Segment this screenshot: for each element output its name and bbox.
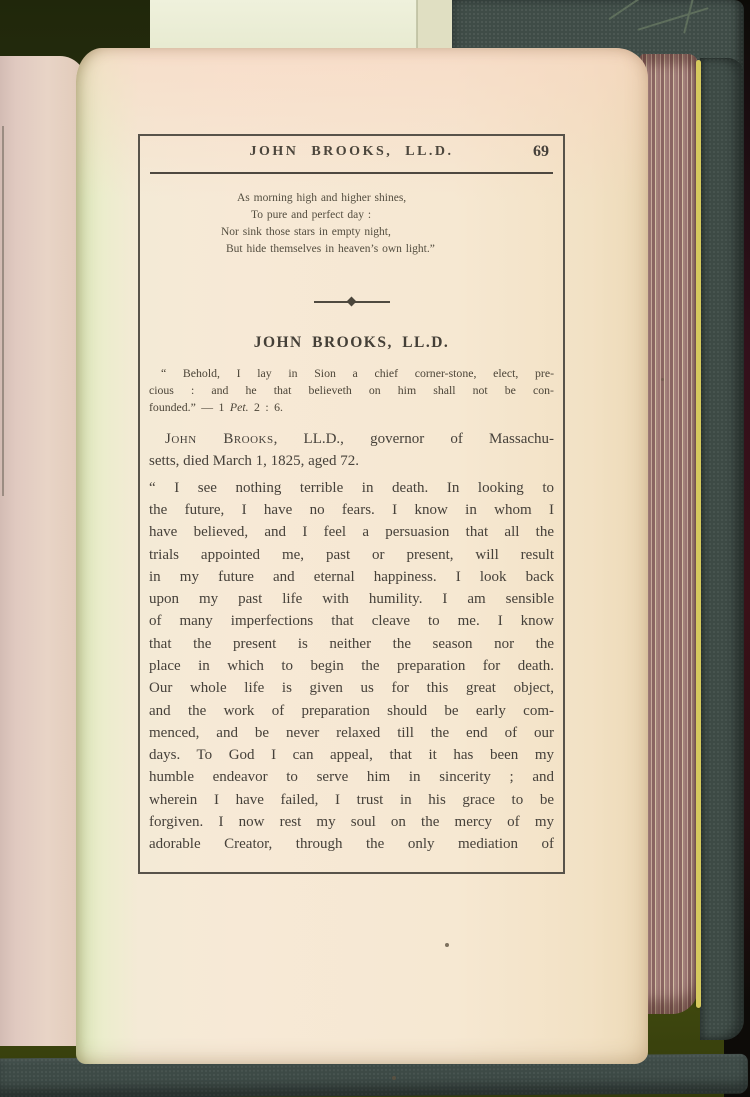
section-title: JOHN BROOKS, LL.D.	[149, 334, 554, 352]
epigraph-line: cious : and he that believeth on him sha…	[149, 382, 554, 399]
body-paragraph: “ I see nothing terrible in death. In lo…	[149, 477, 554, 856]
body-line: of many imperfections that cleave to me.…	[149, 610, 554, 632]
body-line: Our whole life is given us for this grea…	[149, 677, 554, 699]
scripture-reference: Pet.	[230, 400, 249, 414]
poem-line: To pure and perfect day :	[221, 207, 554, 224]
body-line: and the work of preparation should be ea…	[149, 700, 554, 722]
body-line: have believed, and I feel a persuasion t…	[149, 521, 554, 543]
opening-paragraph: John Brooks, LL.D., governor of Massachu…	[149, 428, 554, 472]
body-line: days. To God I can appeal, that it has b…	[149, 744, 554, 766]
body-line: humble endeavor to serve him in sincerit…	[149, 766, 554, 788]
body-line: place in which to begin the preparation …	[149, 655, 554, 677]
body-line: that the present is neither the season n…	[149, 633, 554, 655]
paragraph-line: John Brooks, LL.D., governor of Massachu…	[149, 428, 554, 450]
body-line: trials appointed me, past or present, wi…	[149, 544, 554, 566]
photo-scene: JOHN BROOKS, LL.D. 69 As morning high an…	[0, 0, 750, 1097]
facing-page	[0, 56, 86, 1046]
body-line: wherein I have failed, I trust in his gr…	[149, 789, 554, 811]
epigraph-line: “ Behold, I lay in Sion a chief corner-s…	[149, 365, 554, 382]
paragraph-text: , LL.D., governor of Massachu-	[274, 431, 554, 447]
poem-stanza: As morning high and higher shines, To pu…	[221, 190, 554, 258]
page-edge-stack	[640, 54, 698, 1014]
body-line: “ I see nothing terrible in death. In lo…	[149, 477, 554, 499]
facing-page-border	[2, 126, 4, 496]
poem-line: As morning high and higher shines,	[221, 190, 554, 207]
paper-speck	[445, 943, 449, 947]
epigraph-line: founded.” — 1 Pet. 2 : 6.	[149, 399, 554, 416]
page-header: JOHN BROOKS, LL.D. 69	[149, 144, 554, 168]
body-line: adorable Creator, through the only media…	[149, 833, 554, 855]
page-frame: JOHN BROOKS, LL.D. 69 As morning high an…	[138, 134, 565, 874]
header-rule	[150, 172, 553, 174]
running-head: JOHN BROOKS, LL.D.	[149, 144, 554, 160]
paper-speck	[392, 1076, 396, 1080]
section-divider	[314, 298, 390, 306]
book-cover-right-board	[700, 58, 744, 1040]
epigraph-text: founded.” — 1	[149, 400, 230, 414]
page-number: 69	[533, 143, 549, 161]
poem-line: But hide themselves in heaven’s own ligh…	[221, 241, 554, 258]
epigraph-text: 2 : 6.	[249, 400, 283, 414]
body-line: forgiven. I now rest my soul on the merc…	[149, 811, 554, 833]
paragraph-line: setts, died March 1, 1825, aged 72.	[149, 450, 554, 472]
epigraph: “ Behold, I lay in Sion a chief corner-s…	[149, 365, 554, 417]
person-name: John Brooks	[165, 431, 274, 447]
body-line: in my future and eternal happiness. I lo…	[149, 566, 554, 588]
body-line: upon my past life with humility. I am se…	[149, 588, 554, 610]
divider-diamond-icon	[346, 297, 356, 307]
poem-line: Nor sink those stars in empty night,	[221, 224, 554, 241]
gilt-edge-line	[696, 60, 701, 1008]
body-line: the future, I have no fears. I know in w…	[149, 499, 554, 521]
body-line: menced, and be never relaxed till the en…	[149, 722, 554, 744]
paper-speck	[661, 378, 664, 381]
